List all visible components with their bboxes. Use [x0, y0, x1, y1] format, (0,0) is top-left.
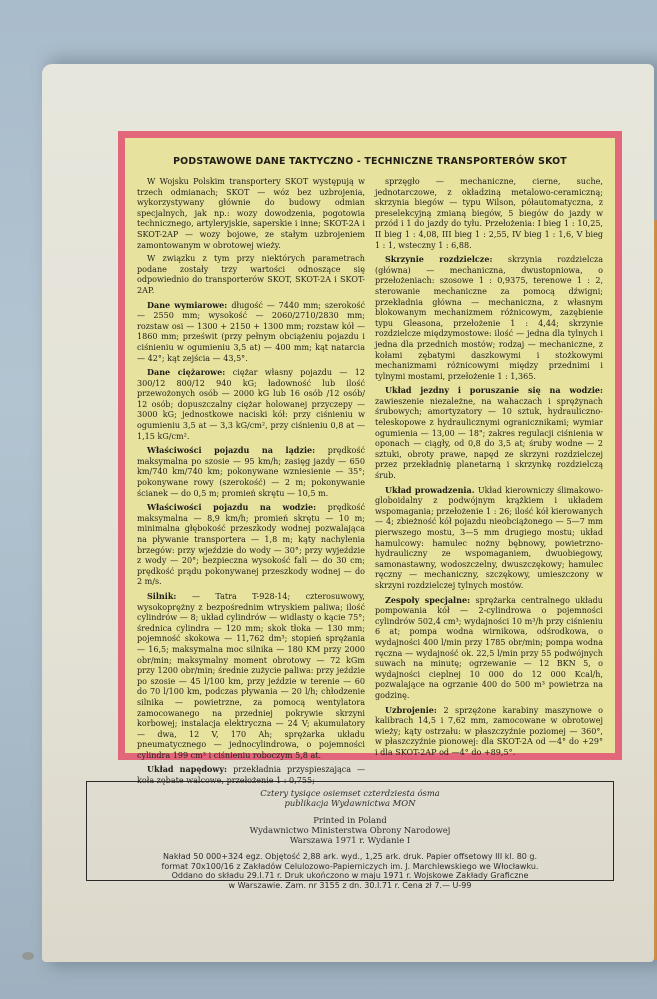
paper-stain — [22, 952, 34, 960]
colophon-line: Oddano do składu 29.I.71 r. Druk ukończo… — [87, 871, 613, 881]
spec-text: Układ kierowniczy ślimakowo-globoidalny … — [375, 486, 603, 590]
spec-text: ciężar własny pojazdu — 12 300/12 800/12… — [137, 368, 365, 441]
spec-text: W Wojsku Polskim transportery SKOT wystę… — [137, 177, 365, 250]
spec-heading: Właściwości pojazdu na wodzie: — [147, 502, 328, 512]
spec-heading: Zespoły specjalne: — [385, 595, 475, 605]
spec-paragraph: Dane ciężarowe: ciężar własny pojazdu — … — [137, 367, 365, 442]
spec-heading: Układ jezdny i poruszanie się na wodzie: — [385, 385, 603, 395]
specs-panel: PODSTAWOWE DANE TAKTYCZNO - TECHNICZNE T… — [118, 131, 622, 760]
colophon-line: Warszawa 1971 r. Wydanie I — [87, 835, 613, 845]
spec-paragraph: Właściwości pojazdu na lądzie: prędkość … — [137, 445, 365, 499]
colophon-line: Cztery tysiące osiemset czterdziesta ósm… — [87, 788, 613, 798]
spec-paragraph: sprzęgło — mechaniczne, cierne, suche, j… — [375, 177, 603, 251]
spec-text: sprężarka centralnego układu pompowania … — [375, 596, 603, 700]
spec-text: sprzęgło — mechaniczne, cierne, suche, j… — [375, 177, 603, 250]
spec-text: — Tatra T-928-14; czterosuwowy, wysokopr… — [137, 592, 365, 760]
spec-heading: Układ napędowy: — [147, 764, 233, 774]
spec-text: prędkość maksymalna — 8,9 km/h; promień … — [137, 503, 365, 586]
spec-paragraph: Dane wymiarowe: długość — 7440 mm; szero… — [137, 300, 365, 365]
spec-heading: Skrzynie rozdzielcze: — [385, 254, 508, 264]
spec-heading: Układ prowadzenia. — [385, 485, 478, 495]
spec-text: W związku z tym przy niektórych parametr… — [137, 254, 365, 295]
spec-text: zawieszenie niezależne, na wahaczach i s… — [375, 397, 603, 480]
spec-heading: Dane wymiarowe: — [147, 300, 231, 310]
colophon-line: publikacja Wydawnictwa MON — [87, 798, 613, 808]
specs-panel-inner: PODSTAWOWE DANE TAKTYCZNO - TECHNICZNE T… — [125, 138, 615, 753]
spec-paragraph: Układ jezdny i poruszanie się na wodzie:… — [375, 385, 603, 481]
specs-title: PODSTAWOWE DANE TAKTYCZNO - TECHNICZNE T… — [137, 156, 603, 167]
spec-heading: Właściwości pojazdu na lądzie: — [147, 445, 328, 455]
spec-paragraph: Uzbrojenie: 2 sprzężone karabiny maszyno… — [375, 705, 603, 759]
colophon-line: Printed in Poland — [87, 815, 613, 825]
colophon-line: Nakład 50 000+324 egz. Objętość 2,88 ark… — [87, 852, 613, 862]
spec-paragraph: Układ prowadzenia. Układ kierowniczy śli… — [375, 485, 603, 592]
spec-paragraph: Właściwości pojazdu na wodzie: prędkość … — [137, 502, 365, 588]
spec-paragraph: Zespoły specjalne: sprężarka centralnego… — [375, 595, 603, 702]
colophon-box: Cztery tysiące osiemset czterdziesta ósm… — [86, 781, 614, 881]
spec-text: skrzynia rozdzielcza (główna) — mechanic… — [375, 255, 603, 381]
spec-paragraph: Silnik: — Tatra T-928-14; czterosuwowy, … — [137, 591, 365, 762]
colophon-line: format 70x100/16 z Zakładów Celulozowo-P… — [87, 862, 613, 872]
spec-heading: Dane ciężarowe: — [147, 367, 233, 377]
spec-paragraph: Skrzynie rozdzielcze: skrzynia rozdzielc… — [375, 254, 603, 382]
specs-columns: W Wojsku Polskim transportery SKOT wystę… — [137, 177, 603, 790]
spec-heading: Silnik: — [147, 591, 192, 601]
spec-paragraph: W Wojsku Polskim transportery SKOT wystę… — [137, 177, 365, 251]
spec-paragraph: W związku z tym przy niektórych parametr… — [137, 254, 365, 296]
specs-right-column: sprzęgło — mechaniczne, cierne, suche, j… — [375, 177, 603, 790]
spec-heading: Uzbrojenie: — [385, 705, 444, 715]
colophon-line: w Warszawie. Zam. nr 3155 z dn. 30.I.71 … — [87, 881, 613, 891]
specs-left-column: W Wojsku Polskim transportery SKOT wystę… — [137, 177, 365, 790]
colophon-line: Wydawnictwo Ministerstwa Obrony Narodowe… — [87, 825, 613, 835]
